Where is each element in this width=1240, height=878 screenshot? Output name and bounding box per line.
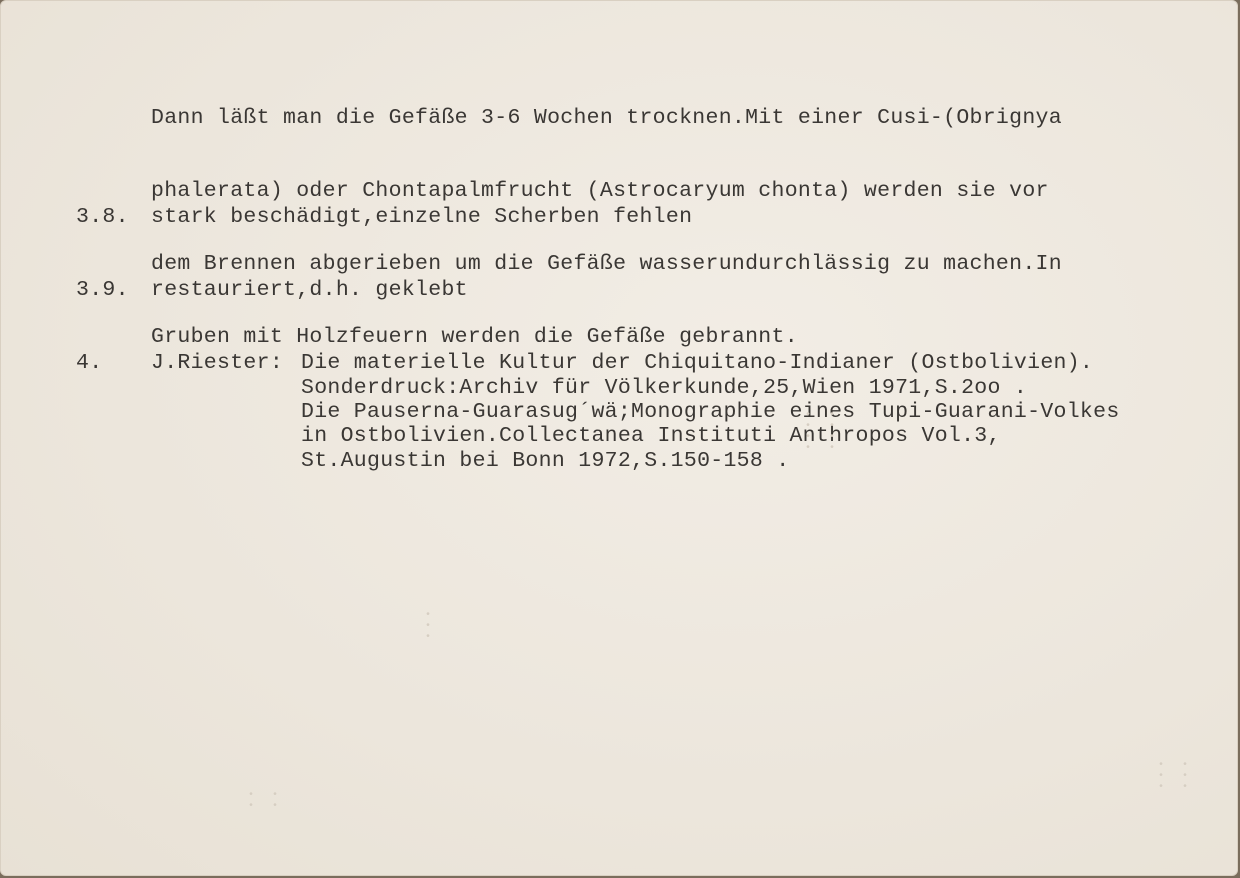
- reference-line: Sonderdruck:Archiv für Völkerkunde,25,Wi…: [301, 376, 1120, 400]
- embossed-dots: • •• •: [248, 790, 284, 812]
- entry-text: restauriert,d.h. geklebt: [151, 278, 468, 302]
- index-card: Dann läßt man die Gefäße 3-6 Wochen troc…: [0, 0, 1238, 876]
- entry-text: stark beschädigt,einzelne Scherben fehle…: [151, 205, 692, 229]
- embossed-dots: • •• •• •• •: [805, 410, 841, 454]
- entry-number: 3.8.: [76, 205, 151, 229]
- entry-3-8: 3.8. stark beschädigt,einzelne Scherben …: [76, 205, 1120, 229]
- entry-4-references: 4. J.Riester: Die materielle Kultur der …: [76, 351, 1120, 473]
- reference-author: J.Riester:: [151, 351, 301, 473]
- reference-line: Die materielle Kultur der Chiquitano-Ind…: [301, 351, 1120, 375]
- entry-number: 3.9.: [76, 278, 151, 302]
- entry-number: 4.: [76, 351, 151, 473]
- reference-line: St.Augustin bei Bonn 1972,S.150-158 .: [301, 449, 1120, 473]
- reference-line: in Ostbolivien.Collectanea Instituti Ant…: [301, 424, 1120, 448]
- entries-list: 3.8. stark beschädigt,einzelne Scherben …: [76, 156, 1120, 522]
- entry-3-9: 3.9. restauriert,d.h. geklebt: [76, 278, 1120, 302]
- reference-lines: Die materielle Kultur der Chiquitano-Ind…: [301, 351, 1120, 473]
- embossed-dots: •••: [425, 610, 437, 643]
- embossed-dots: • •• •• •: [1158, 760, 1194, 793]
- paragraph-line: Dann läßt man die Gefäße 3-6 Wochen troc…: [151, 106, 1062, 130]
- reference-line: Die Pauserna-Guarasug´wä;Monographie ein…: [301, 400, 1120, 424]
